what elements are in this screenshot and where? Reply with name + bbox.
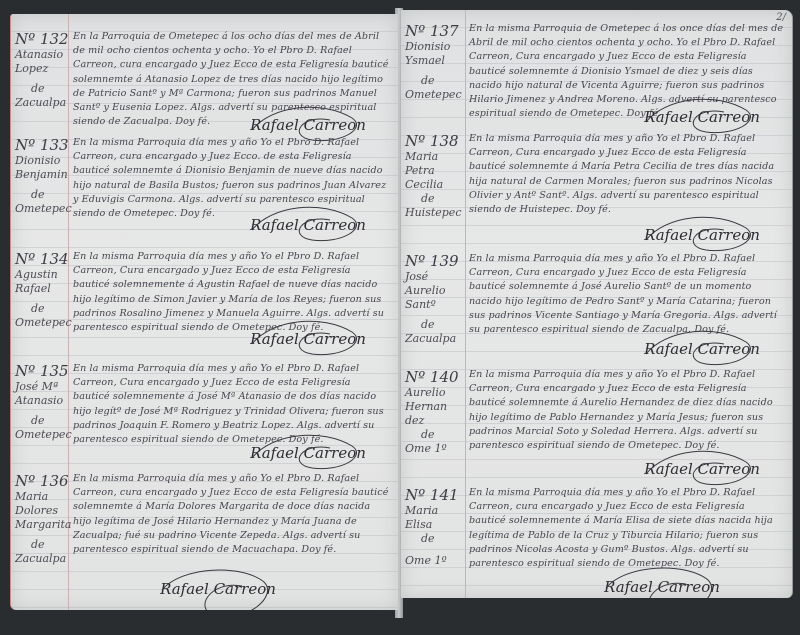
baptized-name-line: Lopez — [15, 62, 69, 76]
priest-signature: Rafael Carreon — [248, 208, 368, 242]
entry-number: Nº 141 — [405, 486, 467, 504]
entry-number: Nº 136 — [15, 472, 69, 490]
entry-margin: Nº 132 Atanasio Lopez de Zacualpa — [15, 30, 69, 110]
entry-de: de — [15, 414, 69, 428]
baptized-name-line: dez — [405, 414, 467, 428]
entry-place: Zacualpa — [15, 96, 69, 110]
priest-signature: Rafael Carreon — [602, 570, 722, 598]
entry-de: de — [405, 532, 467, 546]
entry-number: Nº 132 — [15, 30, 69, 48]
baptized-name-line: Petra — [405, 164, 467, 178]
baptism-entry: Nº 133 Dionisio Benjamin de Ometepec En … — [11, 136, 398, 246]
baptism-entry: Nº 136 Maria Dolores Margarita de Zacual… — [11, 472, 398, 602]
baptism-entry: Nº 135 José Mª Atanasio de Ometepec En l… — [11, 362, 398, 466]
entry-text: En la misma Parroquia día mes y año Yo e… — [73, 472, 390, 557]
entry-de: de — [15, 302, 69, 316]
baptized-name-line: Margarita — [15, 518, 69, 532]
entry-text: En la misma Parroquia día mes y año Yo e… — [469, 132, 784, 217]
baptized-name-line: Maria — [405, 504, 467, 518]
baptized-name-line: Dolores — [15, 504, 69, 518]
entry-number: Nº 133 — [15, 136, 69, 154]
entry-number: Nº 139 — [405, 252, 467, 270]
entry-de: de — [15, 538, 69, 552]
entry-margin: Nº 141 Maria Elisa de Ome 1º — [405, 486, 467, 568]
baptized-name-line: Benjamin — [15, 168, 69, 182]
baptized-name-line: Maria — [405, 150, 467, 164]
baptized-name-line: Rafael — [15, 282, 69, 296]
baptized-name-line: Ysmael — [405, 54, 467, 68]
priest-signature: Rafael Carreon — [248, 322, 368, 356]
entry-margin: Nº 135 José Mª Atanasio de Ometepec — [15, 362, 69, 442]
entry-number: Nº 135 — [15, 362, 69, 380]
baptized-name-line: Cecilia — [405, 178, 467, 192]
left-page: Nº 132 Atanasio Lopez de Zacualpa En la … — [10, 14, 398, 610]
baptism-entry: Nº 141 Maria Elisa de Ome 1º En la misma… — [401, 486, 792, 596]
baptized-name-line: José Mª — [15, 380, 69, 394]
baptized-name-line: Santº — [405, 298, 467, 312]
entry-place: Ometepec — [15, 428, 69, 442]
baptized-name-line: Aurelio — [405, 386, 467, 400]
baptized-name-line: Atanasio — [15, 48, 69, 62]
priest-signature: Rafael Carreon — [248, 436, 368, 470]
baptized-name-line: Elisa — [405, 518, 467, 532]
baptized-name-line: Hernan — [405, 400, 467, 414]
priest-signature: Rafael Carreon — [642, 218, 762, 252]
baptism-entry: Nº 137 Dionisio Ysmael de Ometepec En la… — [401, 22, 792, 126]
baptism-entry: Nº 139 José Aurelio Santº de Zacualpa En… — [401, 252, 792, 362]
baptized-name-line: Dionisio — [405, 40, 467, 54]
entry-place: Ome 1º — [405, 554, 467, 568]
entry-margin: Nº 137 Dionisio Ysmael de Ometepec — [405, 22, 467, 102]
baptized-name-line: Maria — [15, 490, 69, 504]
entry-margin: Nº 140 Aurelio Hernan dez de Ome 1º — [405, 368, 467, 456]
priest-signature: Rafael Carreon — [158, 572, 278, 606]
entry-number: Nº 137 — [405, 22, 467, 40]
entry-text: En la misma Parroquia día mes y año Yo e… — [469, 368, 784, 453]
priest-signature: Rafael Carreon — [642, 100, 762, 134]
priest-signature: Rafael Carreon — [642, 452, 762, 486]
entry-margin: Nº 139 José Aurelio Santº de Zacualpa — [405, 252, 467, 346]
baptism-entry: Nº 138 Maria Petra Cecilia de Huistepec … — [401, 132, 792, 244]
right-page: 2/ Nº 137 Dionisio Ysmael de Ometepec En… — [401, 10, 793, 598]
entry-place: Ome 1º — [405, 442, 467, 456]
entry-de: de — [405, 318, 467, 332]
baptized-name-line: Agustin — [15, 268, 69, 282]
entry-text: En la misma Parroquia día mes y año Yo e… — [469, 486, 784, 571]
entry-place: Zacualpa — [405, 332, 467, 346]
entry-place: Huistepec — [405, 206, 467, 220]
entry-de: de — [405, 428, 467, 442]
entry-place: Ometepec — [405, 88, 467, 102]
entry-place: Ometepec — [15, 316, 69, 330]
entry-margin: Nº 133 Dionisio Benjamin de Ometepec — [15, 136, 69, 216]
entry-margin: Nº 136 Maria Dolores Margarita de Zacual… — [15, 472, 69, 566]
entry-place: Zacualpa — [15, 552, 69, 566]
baptism-entry: Nº 140 Aurelio Hernan dez de Ome 1º En l… — [401, 368, 792, 480]
entry-margin: Nº 138 Maria Petra Cecilia de Huistepec — [405, 132, 467, 220]
entry-de: de — [405, 74, 467, 88]
baptism-entry: Nº 134 Agustin Rafael de Ometepec En la … — [11, 250, 398, 358]
entry-number: Nº 140 — [405, 368, 467, 386]
entry-margin: Nº 134 Agustin Rafael de Ometepec — [15, 250, 69, 330]
entry-number: Nº 138 — [405, 132, 467, 150]
baptized-name-line: Atanasio — [15, 394, 69, 408]
entry-de: de — [405, 192, 467, 206]
baptized-name-line: José Aurelio — [405, 270, 467, 298]
entry-de: de — [15, 82, 69, 96]
entry-de: de — [15, 188, 69, 202]
baptism-entry: Nº 132 Atanasio Lopez de Zacualpa En la … — [11, 30, 398, 130]
entry-number: Nº 134 — [15, 250, 69, 268]
baptized-name-line: Dionisio — [15, 154, 69, 168]
priest-signature: Rafael Carreon — [642, 332, 762, 366]
entry-place: Ometepec — [15, 202, 69, 216]
